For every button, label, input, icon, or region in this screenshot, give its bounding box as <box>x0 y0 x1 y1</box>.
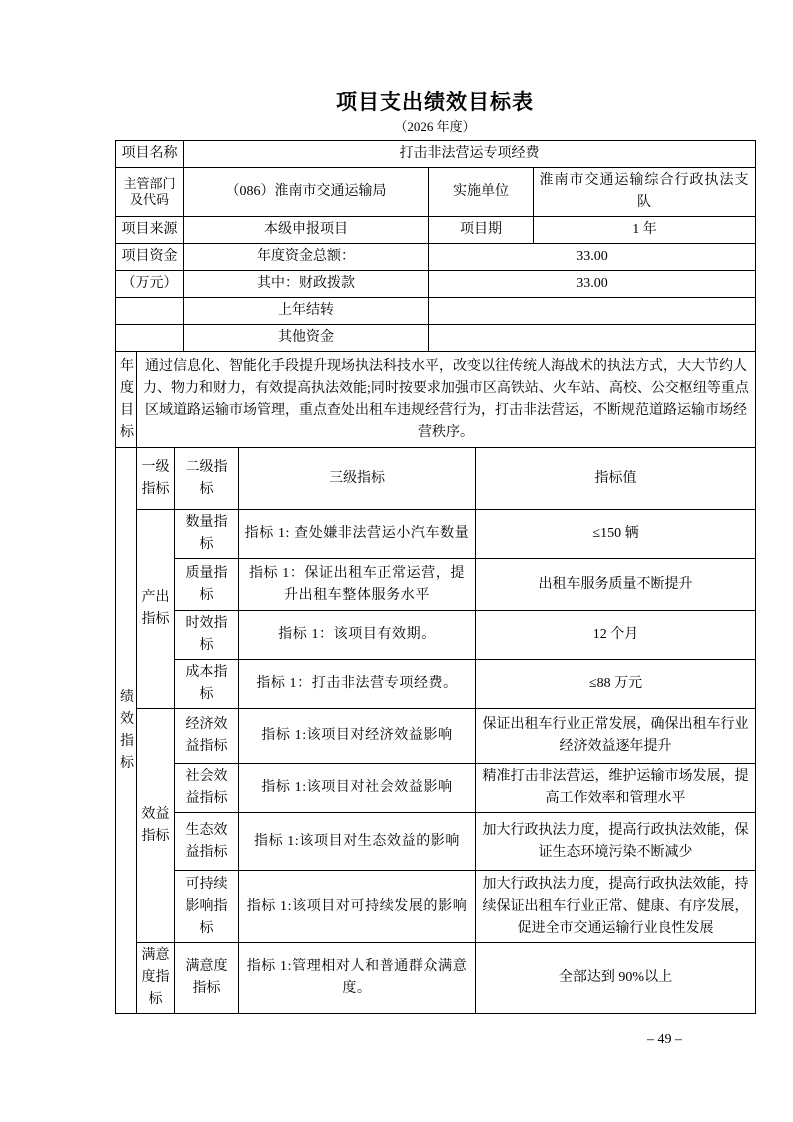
cost-l2: 成本指标 <box>175 660 239 709</box>
timeliness-value: 12 个月 <box>476 611 756 660</box>
sustainable-l2: 可持续影响指标 <box>175 871 239 943</box>
funding-label-line1: 项目资金 <box>116 244 184 271</box>
funding-other-name: 其他资金 <box>184 325 429 352</box>
sustainable-l3: 指标 1:该项目对可持续发展的影响 <box>239 871 476 943</box>
row-ecological-benefit: 生态效益指标 指标 1:该项目对生态效益的影响 加大行政执法力度，提高行政执法效… <box>116 813 756 871</box>
funding-total-value: 33.00 <box>429 244 756 271</box>
funding-other-value <box>429 325 756 352</box>
document-content: 项目支出绩效目标表 （2026 年度） 项目名称 打击非法营运专项经费 主管部门… <box>115 0 755 1014</box>
page-subtitle: （2026 年度） <box>115 117 755 137</box>
department-value: （086）淮南市交通运输局 <box>184 168 429 217</box>
cost-l3: 指标 1：打击非法营专项经费。 <box>239 660 476 709</box>
document-page: 项目支出绩效目标表 （2026 年度） 项目名称 打击非法营运专项经费 主管部门… <box>0 0 793 1122</box>
row-quantity-indicator: 产出指标 数量指标 指标 1: 查处嫌非法营运小汽车数量 ≤150 辆 <box>116 510 756 559</box>
timeliness-l2: 时效指标 <box>175 611 239 660</box>
economic-l2: 经济效益指标 <box>175 709 239 764</box>
timeliness-l3: 指标 1：该项目有效期。 <box>239 611 476 660</box>
row-social-benefit: 社会效益指标 指标 1:该项目对社会效益影响 精准打击非法营运，维护运输市场发展… <box>116 764 756 813</box>
ecological-l2: 生态效益指标 <box>175 813 239 871</box>
project-name-value: 打击非法营运专项经费 <box>184 141 756 168</box>
quantity-l3: 指标 1: 查处嫌非法营运小汽车数量 <box>239 510 476 559</box>
annual-goal-text: 通过信息化、智能化手段提升现场执法科技水平，改变以往传统人海战术的执法方式，大大… <box>137 352 756 448</box>
project-info-table: 项目名称 打击非法营运专项经费 主管部门及代码 （086）淮南市交通运输局 实施… <box>115 140 756 352</box>
header-level3: 三级指标 <box>239 448 476 510</box>
group-output-label: 产出指标 <box>137 510 175 709</box>
page-title: 项目支出绩效目标表 <box>115 0 755 115</box>
funding-fiscal-name: 其中：财政拨款 <box>184 271 429 298</box>
funding-label-line2: （万元） <box>116 271 184 298</box>
row-funding-total: 项目资金 年度资金总额： 33.00 <box>116 244 756 271</box>
funding-fiscal-value: 33.00 <box>429 271 756 298</box>
row-economic-benefit: 效益指标 经济效益指标 指标 1:该项目对经济效益影响 保证出租车行业正常发展，… <box>116 709 756 764</box>
group-benefit-label: 效益指标 <box>137 709 175 943</box>
project-period-value: 1 年 <box>534 217 756 244</box>
indicators-header-row: 绩效指标 一级指标 二级指标 三级指标 指标值 <box>116 448 756 510</box>
sustainable-value: 加大行政执法力度，提高行政执法效能，持续保证出租车行业正常、健康、有序发展，促进… <box>476 871 756 943</box>
project-period-label: 项目期 <box>429 217 534 244</box>
row-timeliness-indicator: 时效指标 指标 1：该项目有效期。 12 个月 <box>116 611 756 660</box>
social-l3: 指标 1:该项目对社会效益影响 <box>239 764 476 813</box>
row-funding-fiscal: （万元） 其中：财政拨款 33.00 <box>116 271 756 298</box>
impl-unit-label: 实施单位 <box>429 168 534 217</box>
funding-total-name: 年度资金总额： <box>184 244 429 271</box>
funding-carryover-value <box>429 298 756 325</box>
row-funding-carryover: 上年结转 <box>116 298 756 325</box>
row-cost-indicator: 成本指标 指标 1：打击非法营专项经费。 ≤88 万元 <box>116 660 756 709</box>
social-l2: 社会效益指标 <box>175 764 239 813</box>
quality-l2: 质量指标 <box>175 559 239 611</box>
annual-goal-table: 年度目标 通过信息化、智能化手段提升现场执法科技水平，改变以往传统人海战术的执法… <box>115 351 756 448</box>
economic-value: 保证出租车行业正常发展，确保出租车行业经济效益逐年提升 <box>476 709 756 764</box>
row-annual-goal: 年度目标 通过信息化、智能化手段提升现场执法科技水平，改变以往传统人海战术的执法… <box>116 352 756 448</box>
funding-carryover-name: 上年结转 <box>184 298 429 325</box>
row-quality-indicator: 质量指标 指标 1：保证出租车正常运营，提升出租车整体服务水平 出租车服务质量不… <box>116 559 756 611</box>
group-satisfaction-label: 满意度指标 <box>137 943 175 1014</box>
quantity-value: ≤150 辆 <box>476 510 756 559</box>
quality-l3: 指标 1：保证出租车正常运营，提升出租车整体服务水平 <box>239 559 476 611</box>
indicators-side-label: 绩效指标 <box>116 448 137 1014</box>
row-sustainable-impact: 可持续影响指标 指标 1:该项目对可持续发展的影响 加大行政执法力度，提高行政执… <box>116 871 756 943</box>
satisfaction-l2: 满意度指标 <box>175 943 239 1014</box>
annual-goal-label: 年度目标 <box>116 352 137 448</box>
impl-unit-value: 淮南市交通运输综合行政执法支队 <box>534 168 756 217</box>
satisfaction-value: 全部达到 90%以上 <box>476 943 756 1014</box>
ecological-l3: 指标 1:该项目对生态效益的影响 <box>239 813 476 871</box>
page-number: – 49 – <box>115 1032 755 1048</box>
row-project-name: 项目名称 打击非法营运专项经费 <box>116 141 756 168</box>
indicators-table: 绩效指标 一级指标 二级指标 三级指标 指标值 产出指标 数量指标 指标 1: … <box>115 447 756 1014</box>
row-department: 主管部门及代码 （086）淮南市交通运输局 实施单位 淮南市交通运输综合行政执法… <box>116 168 756 217</box>
row-funding-other: 其他资金 <box>116 325 756 352</box>
row-satisfaction-indicator: 满意度指标 满意度指标 指标 1:管理相对人和普通群众满意度。 全部达到 90%… <box>116 943 756 1014</box>
cost-value: ≤88 万元 <box>476 660 756 709</box>
department-label: 主管部门及代码 <box>116 168 184 217</box>
project-source-value: 本级申报项目 <box>184 217 429 244</box>
header-level1: 一级指标 <box>137 448 175 510</box>
funding-label-empty-2 <box>116 325 184 352</box>
header-level2: 二级指标 <box>175 448 239 510</box>
quantity-l2: 数量指标 <box>175 510 239 559</box>
ecological-value: 加大行政执法力度，提高行政执法效能，保证生态环境污染不断减少 <box>476 813 756 871</box>
satisfaction-l3: 指标 1:管理相对人和普通群众满意度。 <box>239 943 476 1014</box>
row-source: 项目来源 本级申报项目 项目期 1 年 <box>116 217 756 244</box>
social-value: 精准打击非法营运，维护运输市场发展，提高工作效率和管理水平 <box>476 764 756 813</box>
project-source-label: 项目来源 <box>116 217 184 244</box>
economic-l3: 指标 1:该项目对经济效益影响 <box>239 709 476 764</box>
funding-label-empty-1 <box>116 298 184 325</box>
project-name-label: 项目名称 <box>116 141 184 168</box>
header-value: 指标值 <box>476 448 756 510</box>
quality-value: 出租车服务质量不断提升 <box>476 559 756 611</box>
